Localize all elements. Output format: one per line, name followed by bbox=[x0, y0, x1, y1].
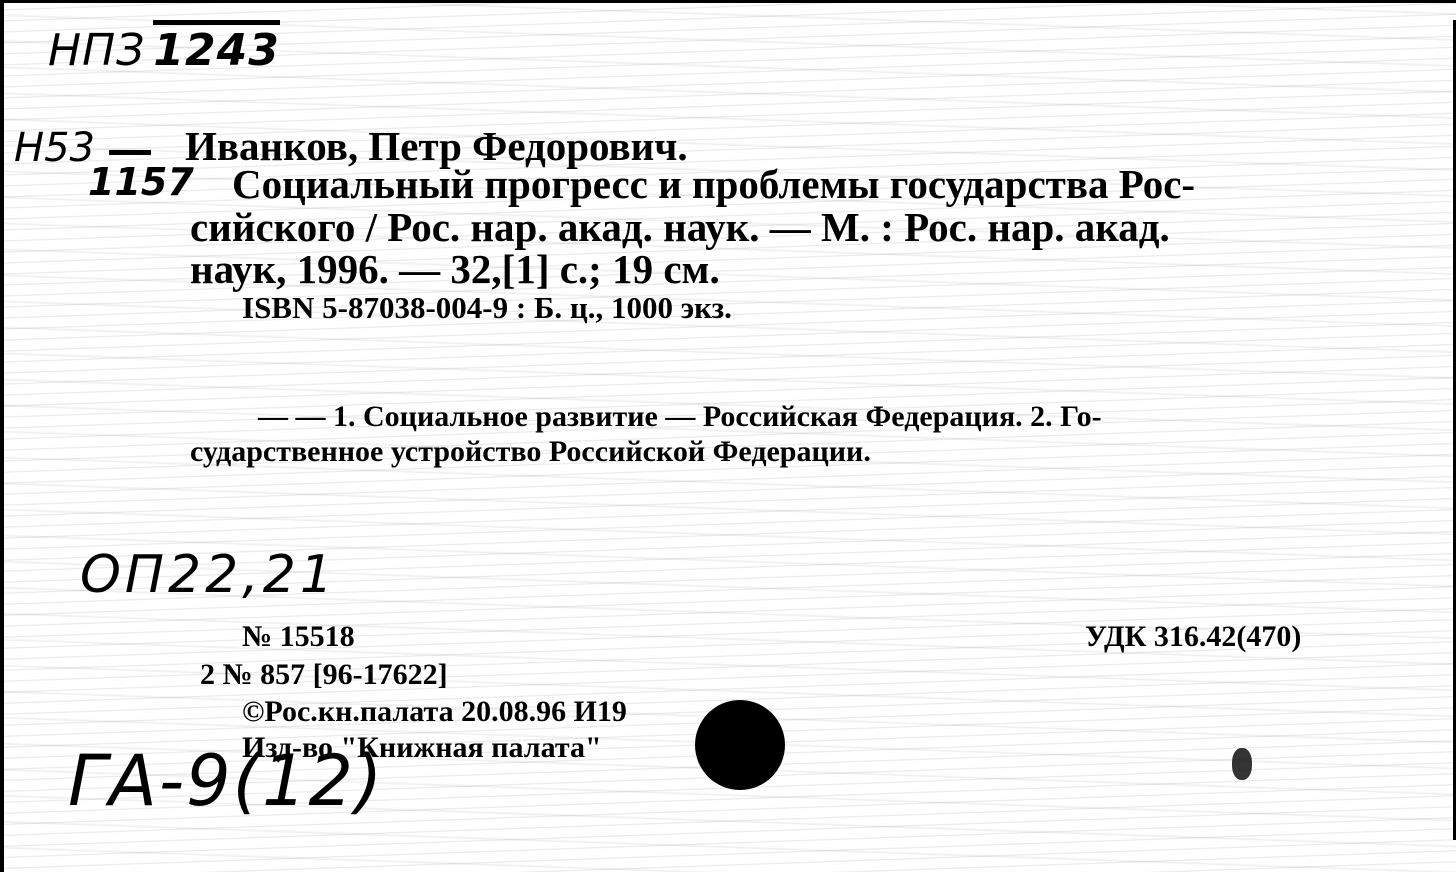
handwritten-shelf-mark: НПЗ1243 bbox=[48, 20, 280, 76]
title-line-3: наук, 1996. — 32,[1] с.; 19 см. bbox=[190, 245, 720, 293]
record-number: № 15518 bbox=[242, 620, 355, 654]
card-edge-top bbox=[0, 0, 1456, 3]
author-code: Н53 bbox=[14, 125, 95, 171]
handwritten-classification: ОП22,21 bbox=[80, 545, 337, 605]
catalog-card: НПЗ1243 Н53 1157 Иванков, Петр Федорович… bbox=[0, 0, 1456, 872]
card-edge-left bbox=[0, 0, 4, 872]
record-number-2: 2 № 857 [96-17622] bbox=[200, 658, 448, 692]
subjects-line-2: сударственное устройство Российской Феде… bbox=[190, 435, 871, 469]
shelf-number: 1243 bbox=[153, 20, 279, 76]
fraction-bar bbox=[109, 150, 151, 155]
subjects-line-1: — — 1. Социальное развитие — Российская … bbox=[258, 400, 1102, 434]
ink-speck bbox=[1232, 748, 1252, 780]
title-line-2: сийского / Рос. нар. акад. наук. — М. : … bbox=[190, 203, 1170, 251]
handwritten-location: ГА-9(12) bbox=[68, 740, 384, 822]
title-line-1: Социальный прогресс и проблемы государст… bbox=[232, 160, 1195, 208]
shelf-prefix: НПЗ bbox=[48, 25, 145, 76]
handwritten-book-number: 1157 bbox=[88, 160, 194, 204]
punch-hole bbox=[695, 700, 785, 790]
copyright-line: ©Рос.кн.палата 20.08.96 И19 bbox=[242, 695, 627, 729]
udc-code: УДК 316.42(470) bbox=[1085, 620, 1301, 654]
isbn-line: ISBN 5-87038-004-9 : Б. ц., 1000 экз. bbox=[242, 290, 732, 326]
